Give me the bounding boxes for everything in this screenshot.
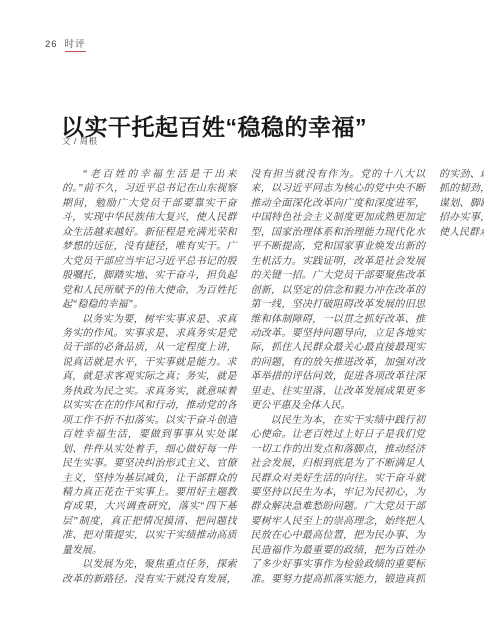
page-header: 26 时评 <box>45 36 86 52</box>
article-title: 以实干托起百姓“稳稳的幸福” <box>61 109 367 142</box>
article-paragraph: 以务实为要，树牢实事求是、求真务实的作风。实事求是、求真务实是党员干部的必备品质… <box>62 313 237 559</box>
article-paragraph: “老百姓的幸福生活是干出来的。”前不久，习近平总书记在山东视察期间，勉励广大党员… <box>62 168 237 313</box>
page-number: 26 <box>45 39 58 50</box>
article-byline: 文 / 周根 <box>62 135 98 147</box>
magazine-page: 26 时评 以实干托起百姓“稳稳的幸福” 文 / 周根 “老百姓的幸福生活是干出… <box>0 0 484 640</box>
article-body: “老百姓的幸福生活是干出来的。”前不久，习近平总书记在山东视察期间，勉励广大党员… <box>62 168 425 594</box>
section-label: 时评 <box>65 36 86 52</box>
